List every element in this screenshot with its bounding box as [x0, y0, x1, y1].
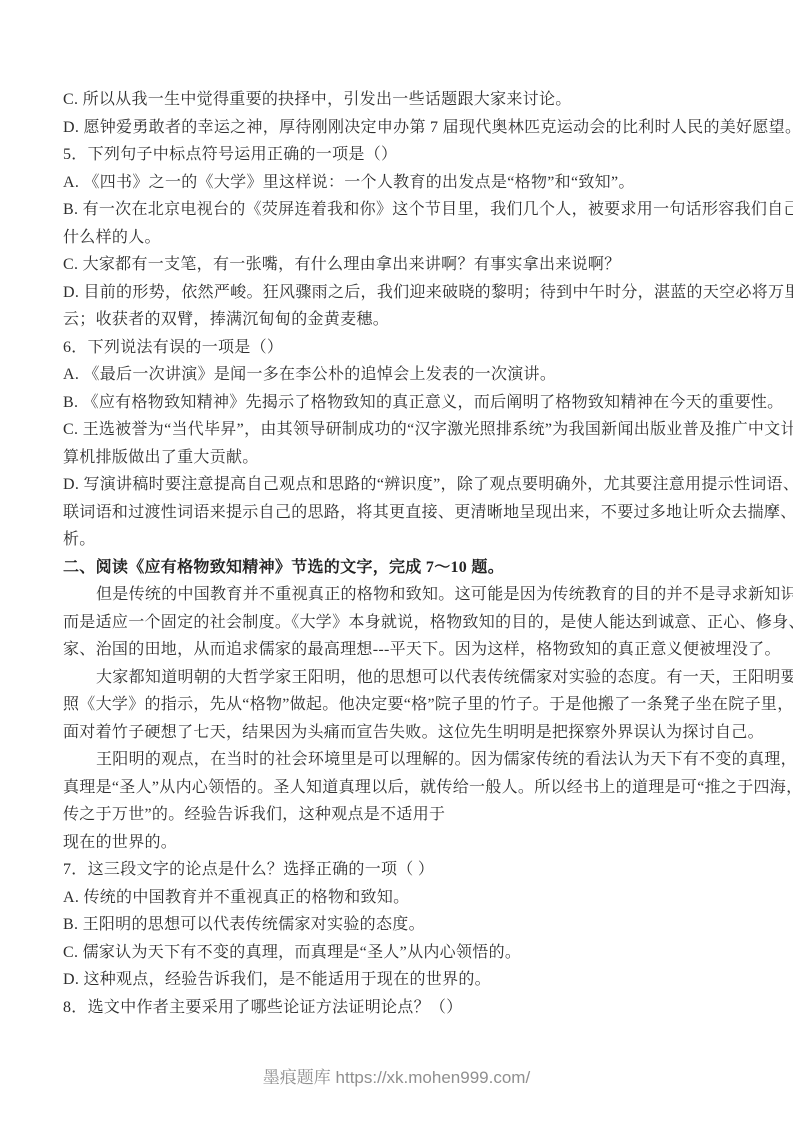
q7-option-d: D. 这种观点，经验告诉我们，是不能适用于现在的世界的。: [63, 966, 735, 994]
q6-option-d-l1: D. 写演讲稿时要注意提高自己观点和思路的“辨识度”，除了观点要明确外，尤其要注…: [63, 471, 735, 499]
q6-option-d-l2: 联词语和过渡性词语来提示自己的思路，将其更直接、更清晰地呈现出来，不要过多地让听…: [63, 499, 735, 527]
watermark-footer: 墨痕题库 https://xk.mohen999.com/: [0, 1066, 793, 1090]
q5-stem: 5．下列句子中标点符号运用正确的一项是（）: [63, 141, 735, 169]
passage-p1-l3: 家、治国的田地，从而追求儒家的最高理想---平天下。因为这样，格物致知的真正意义…: [63, 636, 735, 664]
passage-p1-l1: 但是传统的中国教育并不重视真正的格物和致知。这可能是因为传统教育的目的并不是寻求…: [63, 581, 735, 609]
q5-option-b-l2: 什么样的人。: [63, 224, 735, 252]
passage-p2-l3: 面对着竹子硬想了七天，结果因为头痛而宣告失败。这位先生明明是把探察外界误认为探讨…: [63, 719, 735, 747]
exam-paper-body: C. 所以从我一生中觉得重要的抉择中，引发出一些话题跟大家来讨论。D. 愿钟爱勇…: [63, 86, 735, 1021]
q5-option-d-l2: 云；收获者的双臂，捧满沉甸甸的金黄麦穗。: [63, 306, 735, 334]
q7-option-b: B. 王阳明的思想可以代表传统儒家对实验的态度。: [63, 911, 735, 939]
q8-stem: 8．选文中作者主要采用了哪些论证方法证明论点？（）: [63, 994, 735, 1022]
q6-option-c-l2: 算机排版做出了重大贡献。: [63, 444, 735, 472]
q7-option-c: C. 儒家认为天下有不变的真理，而真理是“圣人”从内心领悟的。: [63, 939, 735, 967]
watermark-site-text: 墨痕题库 https://xk.mohen999.com/: [263, 1068, 530, 1087]
q5-option-c: C. 大家都有一支笔，有一张嘴，有什么理由拿出来讲啊？有事实拿出来说啊？: [63, 251, 735, 279]
passage-p3-l3: 传之于万世”的。经验告诉我们，这种观点是不适用于: [63, 801, 735, 829]
q6-option-d-l3: 析。: [63, 526, 735, 554]
q7-stem: 7．这三段文字的论点是什么？选择正确的一项（ ）: [63, 856, 735, 884]
q4-option-d: D. 愿钟爱勇敢者的幸运之神，厚待刚刚决定申办第 7 届现代奥林匹克运动会的比利…: [63, 114, 735, 142]
q7-option-a: A. 传统的中国教育并不重视真正的格物和致知。: [63, 884, 735, 912]
q5-option-b-l1: B. 有一次在北京电视台的《荧屏连着我和你》这个节目里，我们几个人，被要求用一句…: [63, 196, 735, 224]
passage-p2-l1: 大家都知道明朝的大哲学家王阳明，他的思想可以代表传统儒家对实验的态度。有一天，王…: [63, 664, 735, 692]
q6-option-c-l1: C. 王选被誉为“当代毕昇”，由其领导研制成功的“汉字激光照排系统”为我国新闻出…: [63, 416, 735, 444]
q5-option-a: A. 《四书》之一的《大学》里这样说：一个人教育的出发点是“格物”和“致知”。: [63, 169, 735, 197]
q4-option-c: C. 所以从我一生中觉得重要的抉择中，引发出一些话题跟大家来讨论。: [63, 86, 735, 114]
passage-p3-l4: 现在的世界的。: [63, 829, 735, 857]
q6-option-a: A. 《最后一次讲演》是闻一多在李公朴的追悼会上发表的一次演讲。: [63, 361, 735, 389]
passage-p3-l1: 王阳明的观点，在当时的社会环境里是可以理解的。因为儒家传统的看法认为天下有不变的…: [63, 746, 735, 774]
section-2-heading: 二、阅读《应有格物致知精神》节选的文字，完成 7～10 题。: [63, 554, 735, 582]
passage-p1-l2: 而是适应一个固定的社会制度。《大学》本身就说，格物致知的目的，是使人能达到诚意、…: [63, 609, 735, 637]
passage-p2-l2: 照《大学》的指示，先从“格物”做起。他决定要“格”院子里的竹子。于是他搬了一条凳…: [63, 691, 735, 719]
q6-stem: 6．下列说法有误的一项是（）: [63, 334, 735, 362]
q6-option-b: B. 《应有格物致知精神》先揭示了格物致知的真正意义，而后阐明了格物致知精神在今…: [63, 389, 735, 417]
q5-option-d-l1: D. 目前的形势，依然严峻。狂风骤雨之后，我们迎来破晓的黎明；待到中午时分，湛蓝…: [63, 279, 735, 307]
passage-p3-l2: 真理是“圣人”从内心领悟的。圣人知道真理以后，就传给一般人。所以经书上的道理是可…: [63, 774, 735, 802]
